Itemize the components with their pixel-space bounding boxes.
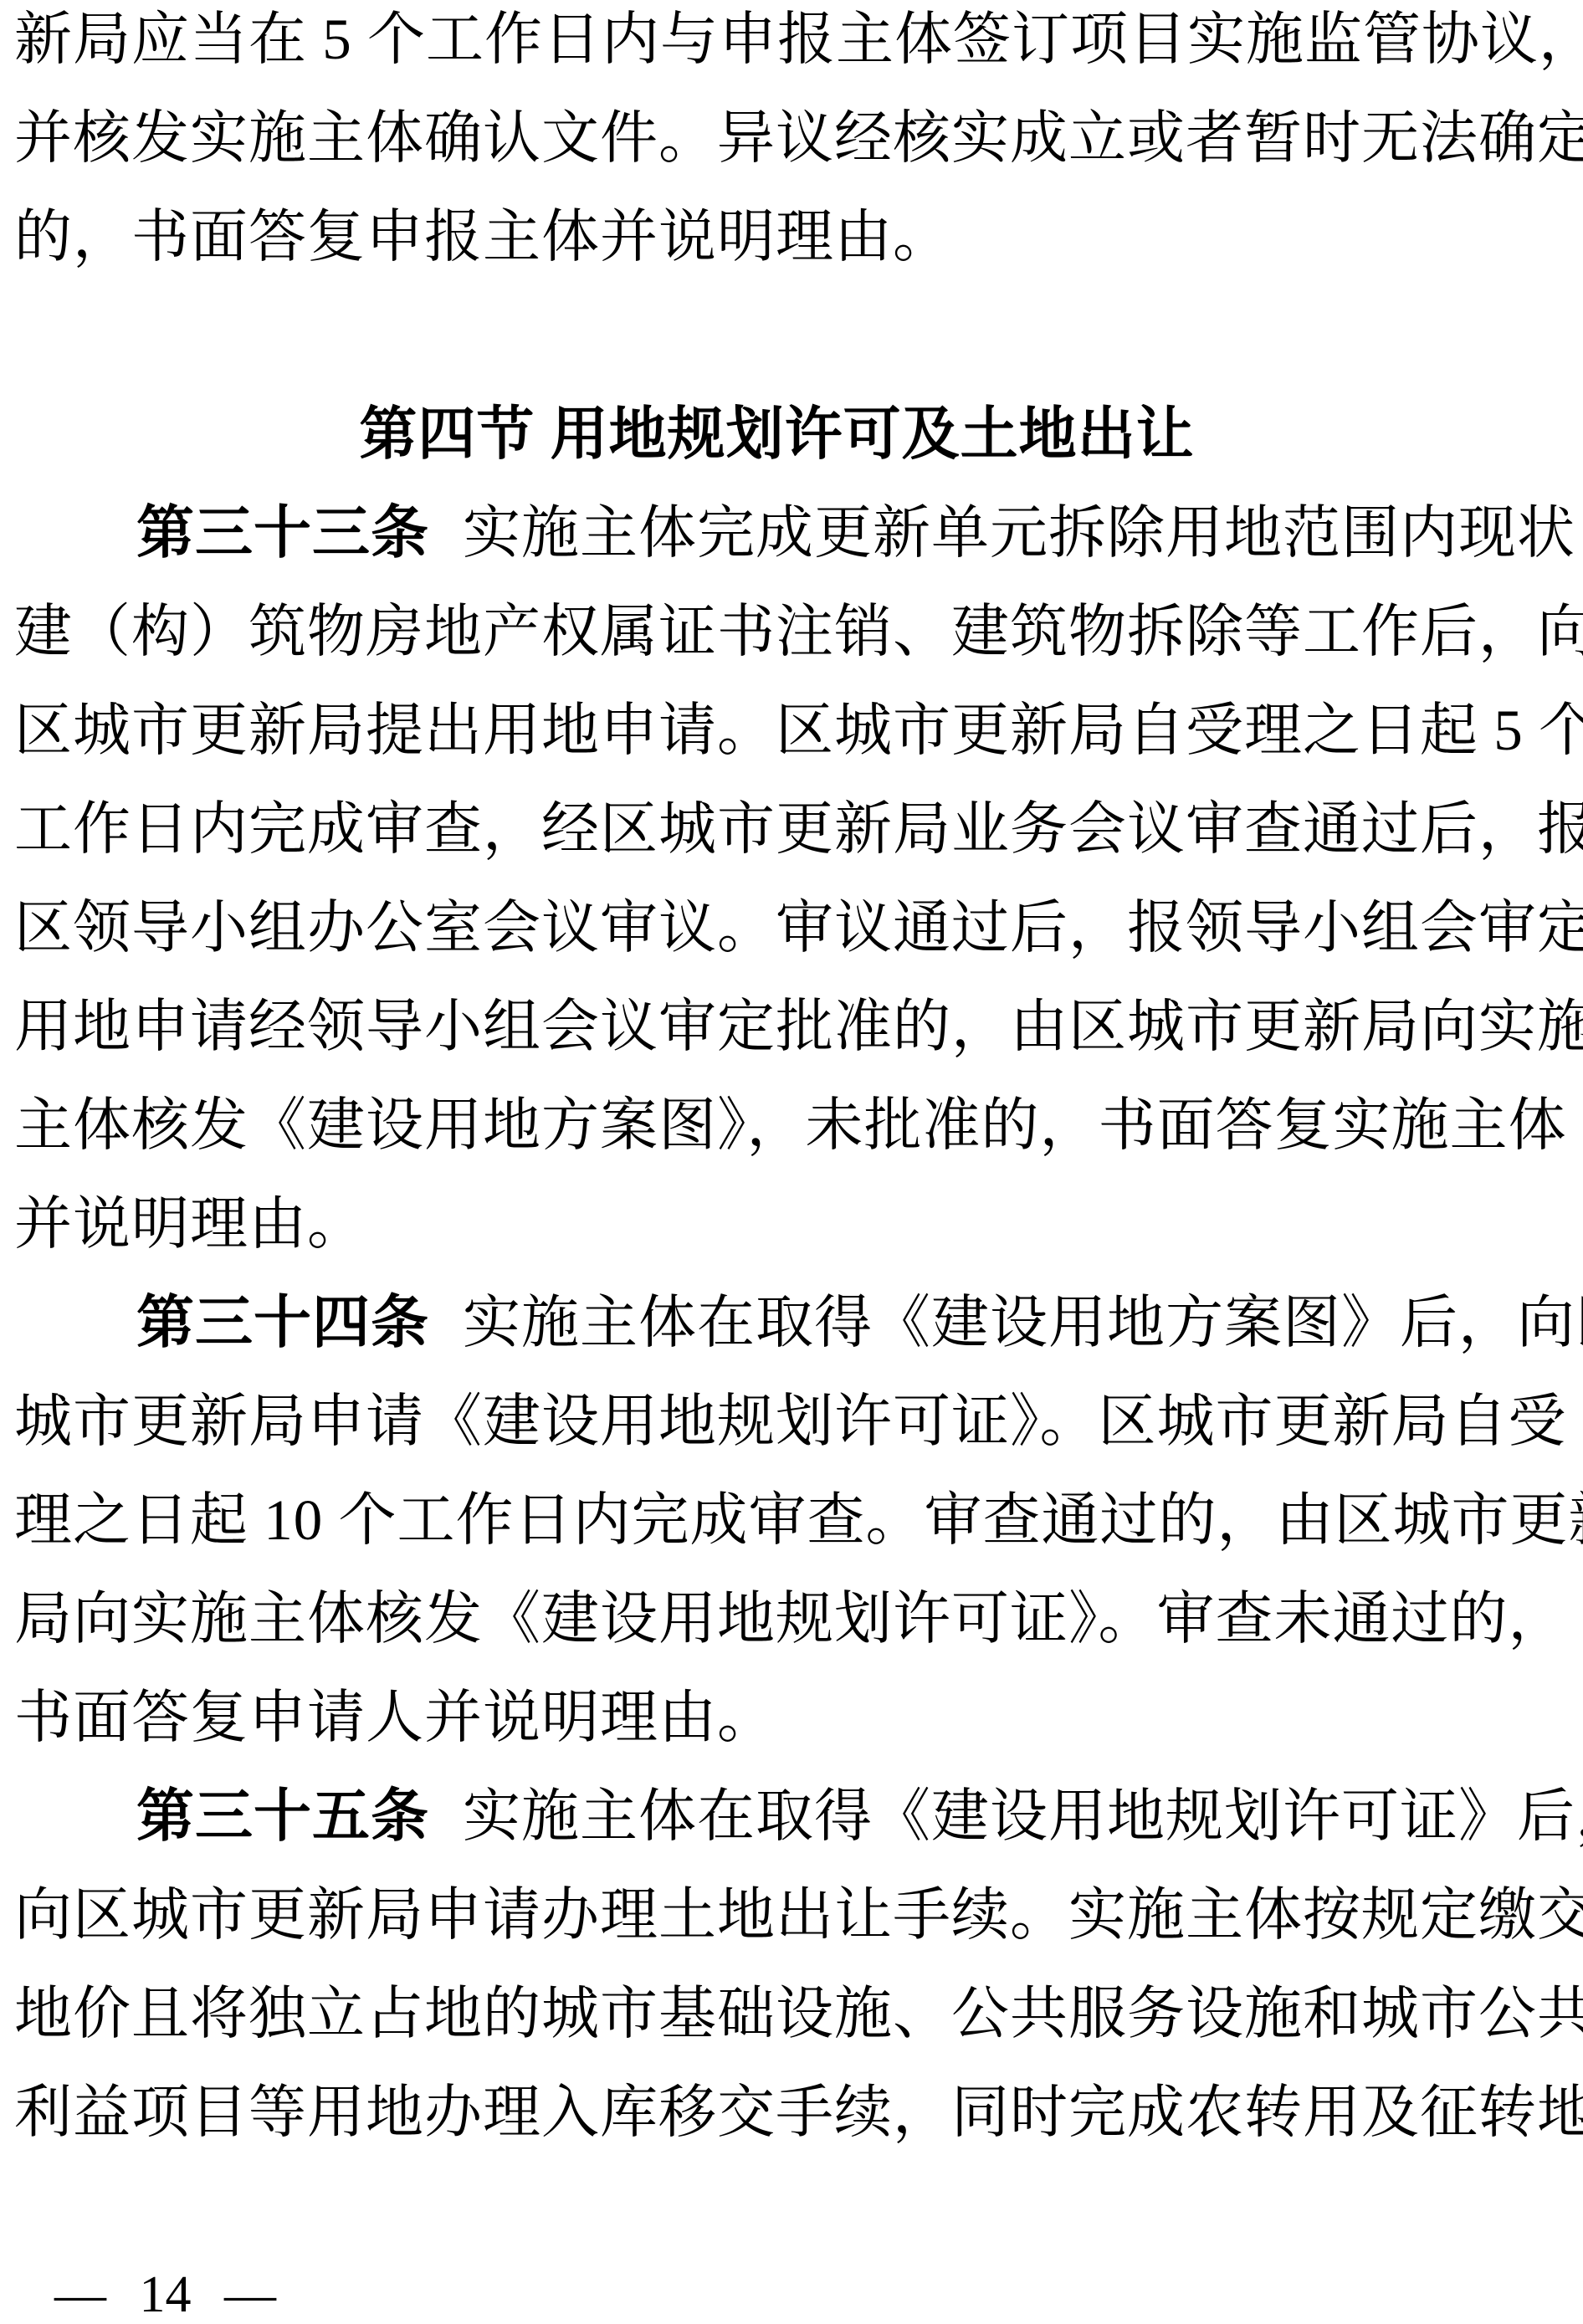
text-line: 用地申请经领导小组会议审定批准的，由区城市更新局向实施 bbox=[14, 977, 1539, 1076]
article-number: 第三十三条 bbox=[136, 501, 429, 565]
text-line: 局向实施主体核发《建设用地规划许可证》。审查未通过的， bbox=[14, 1569, 1539, 1668]
blank-line bbox=[14, 286, 1539, 385]
section-heading: 第四节 用地规划许可及土地出让 bbox=[14, 385, 1539, 484]
article-number: 第三十四条 bbox=[136, 1291, 429, 1354]
text-line: 区城市更新局提出用地申请。区城市更新局自受理之日起 5 个 bbox=[14, 681, 1539, 780]
text-line: 第三十四条实施主体在取得《建设用地方案图》后，向区 bbox=[14, 1273, 1539, 1372]
text-line: 城市更新局申请《建设用地规划许可证》。区城市更新局自受 bbox=[14, 1372, 1539, 1471]
text-line: 工作日内完成审查，经区城市更新局业务会议审查通过后，报 bbox=[14, 780, 1539, 878]
text-line: 新局应当在 5 个工作日内与申报主体签订项目实施监管协议， bbox=[14, 0, 1539, 89]
document-page: 新局应当在 5 个工作日内与申报主体签订项目实施监管协议，并核发实施主体确认文件… bbox=[0, 0, 1583, 2324]
text-line: 并说明理由。 bbox=[14, 1175, 1539, 1273]
text-line: 利益项目等用地办理入库移交手续，同时完成农转用及征转地 bbox=[14, 2063, 1539, 2162]
document-body: 新局应当在 5 个工作日内与申报主体签订项目实施监管协议，并核发实施主体确认文件… bbox=[14, 0, 1539, 2162]
text-line: 主体核发《建设用地方案图》，未批准的，书面答复实施主体 bbox=[14, 1076, 1539, 1175]
text-line: 第三十三条实施主体完成更新单元拆除用地范围内现状 bbox=[14, 484, 1539, 582]
text-line: 地价且将独立占地的城市基础设施、公共服务设施和城市公共 bbox=[14, 1964, 1539, 2063]
text-line: 的，书面答复申报主体并说明理由。 bbox=[14, 187, 1539, 286]
text-line: 建（构）筑物房地产权属证书注销、建筑物拆除等工作后，向 bbox=[14, 582, 1539, 681]
page-number: — 14 — bbox=[54, 2269, 276, 2321]
article-number: 第三十五条 bbox=[136, 1784, 429, 1848]
text-line: 向区城市更新局申请办理土地出让手续。实施主体按规定缴交 bbox=[14, 1866, 1539, 1964]
text-line: 并核发实施主体确认文件。异议经核实成立或者暂时无法确定 bbox=[14, 89, 1539, 187]
text-line: 区领导小组办公室会议审议。审议通过后，报领导小组会审定。 bbox=[14, 878, 1539, 977]
text-line: 理之日起 10 个工作日内完成审查。审查通过的，由区城市更新 bbox=[14, 1471, 1539, 1569]
text-line: 第三十五条实施主体在取得《建设用地规划许可证》后， bbox=[14, 1767, 1539, 1866]
text-line: 书面答复申请人并说明理由。 bbox=[14, 1668, 1539, 1767]
page-number-text: — 14 — bbox=[54, 2266, 276, 2323]
